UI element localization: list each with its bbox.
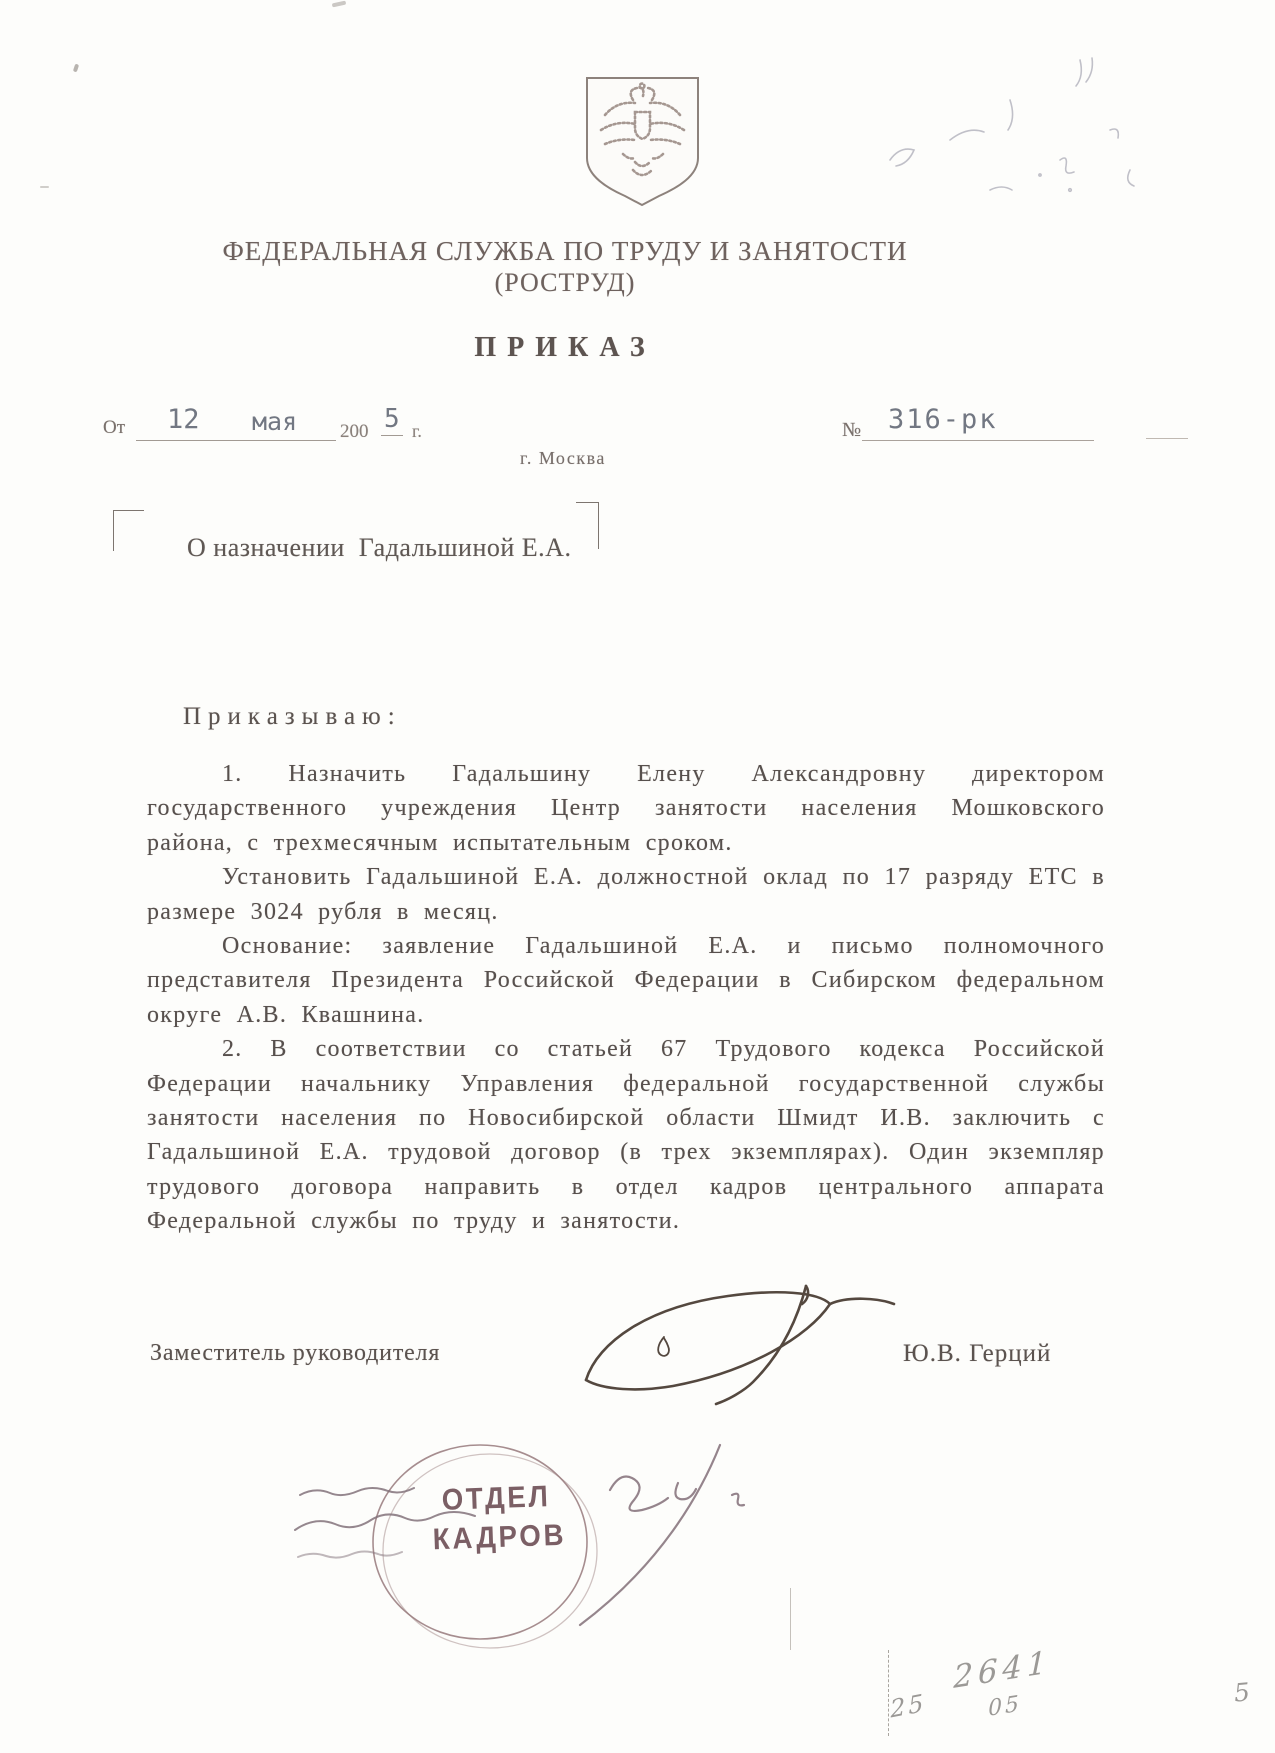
coat-of-arms-emblem bbox=[575, 70, 710, 210]
order-paragraph-1: 1. Назначить Гадальшину Елену Александро… bbox=[147, 757, 1105, 860]
handwritten-signature bbox=[578, 1282, 898, 1407]
handwritten-number-main: 2641 bbox=[953, 1644, 1051, 1696]
date-prefix-label: От bbox=[103, 417, 125, 439]
order-paragraph-3: Основание: заявление Гадальшиной Е.А. и … bbox=[147, 929, 1105, 1032]
scan-speck bbox=[40, 186, 49, 188]
city-label: г. Москва bbox=[520, 448, 606, 469]
date-fill-line bbox=[136, 440, 336, 441]
order-body: 1. Назначить Гадальшину Елену Александро… bbox=[147, 757, 1105, 1239]
subject-corner-bracket-right bbox=[576, 502, 599, 549]
date-year-printed: 200 bbox=[340, 421, 369, 443]
scan-speck bbox=[73, 64, 79, 73]
org-name: ФЕДЕРАЛЬНАЯ СЛУЖБА ПО ТРУДУ И ЗАНЯТОСТИ bbox=[60, 236, 1070, 267]
date-month-value: мая bbox=[252, 407, 297, 436]
number-label: № bbox=[842, 419, 861, 442]
date-day-value: 12 bbox=[167, 404, 200, 435]
stamp-text-line1: ОТДЕЛ bbox=[441, 1480, 551, 1518]
handwritten-number-left: 25 bbox=[890, 1688, 927, 1723]
fold-mark-dashed-line bbox=[888, 1650, 889, 1736]
org-abbreviation: (РОСТРУД) bbox=[60, 268, 1070, 298]
fold-mark-line bbox=[790, 1588, 791, 1650]
order-paragraph-2: Установить Гадальшиной Е.А. должностной … bbox=[147, 860, 1105, 929]
signatory-title: Заместитель руководителя bbox=[150, 1340, 440, 1367]
order-verb: Приказываю: bbox=[183, 703, 402, 731]
handwritten-number-mid: 05 bbox=[988, 1691, 1022, 1722]
date-year-handwritten: 5 bbox=[381, 404, 403, 436]
scanned-order-document: ФЕДЕРАЛЬНАЯ СЛУЖБА ПО ТРУДУ И ЗАНЯТОСТИ … bbox=[0, 0, 1275, 1753]
signatory-name: Ю.В. Герций bbox=[903, 1340, 1051, 1368]
subject-corner-bracket-left bbox=[113, 510, 144, 551]
handwritten-number-right: 5 bbox=[1233, 1677, 1251, 1707]
order-paragraph-4: 2. В соответствии со статьей 67 Трудовог… bbox=[147, 1032, 1105, 1238]
number-fill-line bbox=[862, 440, 1094, 441]
number-value: 316-рк bbox=[888, 404, 998, 435]
scan-speck bbox=[332, 1, 347, 8]
number-extra-line bbox=[1146, 438, 1188, 439]
date-year-suffix: г. bbox=[412, 421, 422, 442]
subject-title: О назначении Гадальшиной Е.А. bbox=[187, 533, 571, 563]
document-type-title: ПРИКАЗ bbox=[60, 332, 1070, 364]
stamp-text-line2: КАДРОВ bbox=[432, 1519, 567, 1558]
pencil-scribbles-top-right bbox=[830, 40, 1150, 210]
